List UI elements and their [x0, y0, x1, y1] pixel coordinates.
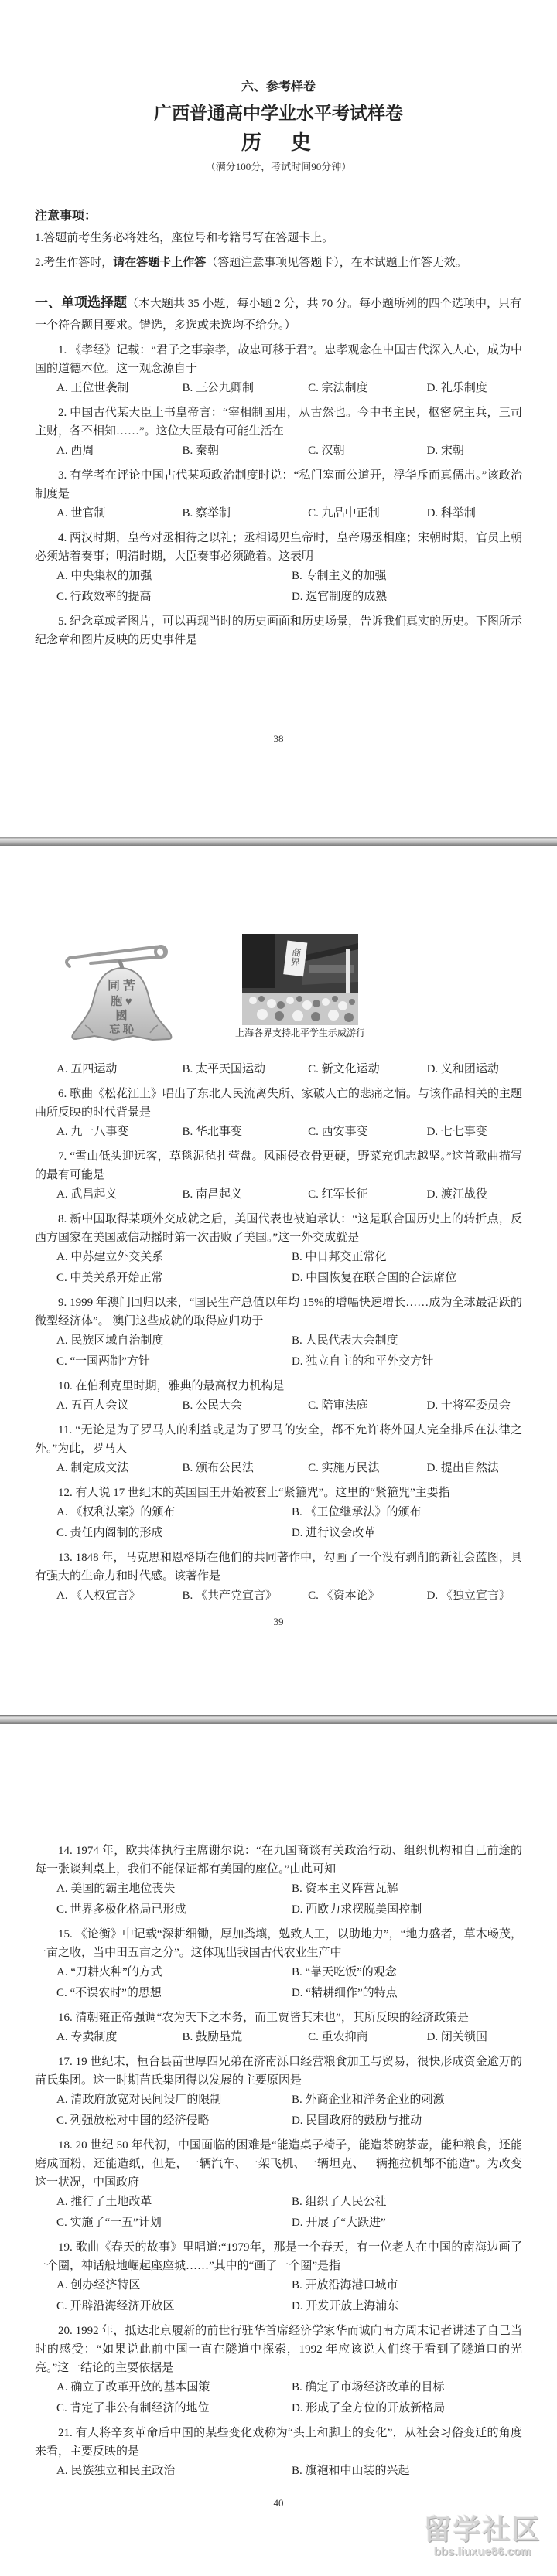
- question-stem: 4. 两汉时期，皇帝对丞相待之以礼；丞相谒见皇帝时，皇帝赐丞相座；宋朝时期，官员…: [35, 529, 522, 566]
- question-options: A. 九一八事变B. 华北事变C. 西安事变D. 七七事变: [35, 1122, 522, 1143]
- question-options: A. 推行了土地改革B. 组织了人民公社C. 实施了“一五”计划D. 开展了“大…: [35, 2192, 522, 2234]
- questions-page-3: 14. 1974 年，欧共体执行主席谢尔说：“在九国商谈有关政治行动、组织机构和…: [35, 1842, 522, 2482]
- option-A: A. 中苏建立外交关系: [56, 1247, 292, 1268]
- option-C: C. 行政效率的提高: [56, 587, 292, 608]
- option-B: B. 察举制: [183, 503, 309, 524]
- option-C: C. 陪审法庭: [308, 1395, 427, 1416]
- watermark-url: bbs.liuxue86.com: [411, 2545, 554, 2559]
- question-20: 20. 1992 年，抵达北京履新的前世行驻华首席经济学家华而诚向南方周末记者讲…: [35, 2322, 522, 2419]
- option-A: A. 创办经济特区: [56, 2275, 292, 2296]
- option-C: C. 《资本论》: [308, 1586, 427, 1607]
- question-19: 19. 歌曲《春天的故事》里唱道:“1979年，那是一个春天，有一位老人在中国的…: [35, 2238, 522, 2317]
- question-stem: 6. 歌曲《松花江上》唱出了东北人民流离失所、家破人亡的悲痛之情。与该作品相关的…: [35, 1085, 522, 1122]
- option-B: B. 资本主义阵营瓦解: [292, 1879, 522, 1900]
- question-3: 3. 有学者在评论中国古代某项政治制度时说：“私门塞而公道开，浮华斥而真儒出。”…: [35, 466, 522, 524]
- question-stem: 16. 清朝雍正帝强调“农为天下之本务，而工贾皆其末也”，其所反映的经济政策是: [35, 2009, 522, 2027]
- question-8: 8. 新中国取得某项外交成就之后，美国代表也被迫承认：“这是联合国历史上的转折点…: [35, 1210, 522, 1289]
- question-15: 15. 《论衡》中记载“深耕细锄，厚加粪壤，勉致人工，以助地力”，“地力盛者，草…: [35, 1925, 522, 2004]
- question-stem: 8. 新中国取得某项外交成就之后，美国代表也被迫承认：“这是联合国历史上的转折点…: [35, 1210, 522, 1247]
- option-B: B. 太平天国运动: [183, 1059, 309, 1080]
- option-D: D. 礼乐制度: [427, 378, 522, 399]
- option-B: B. 三公九卿制: [183, 378, 309, 399]
- option-A: A. 《人权宣言》: [56, 1586, 183, 1607]
- question-stem: 2. 中国古代某大臣上书皇帝言：“宰相制国用，从古然也。今中书主民，枢密院主兵，…: [35, 404, 522, 441]
- question-7: 7. “雪山低头迎远客，草毯泥毡扎营盘。风雨侵衣骨更硬，野菜充饥志越坚。”这首歌…: [35, 1147, 522, 1205]
- question-options: A. 制定成文法B. 颁布公民法C. 实施万民法D. 提出自然法: [35, 1458, 522, 1479]
- option-B: B. 颁布公民法: [183, 1458, 309, 1479]
- question-11: 11. “无论是为了罗马人的利益或是为了罗马的安全，都不允许将外国人完全排斥在法…: [35, 1421, 522, 1479]
- question-stem: 12. 有人说 17 世纪末的英国国王开始被套上“紧箍咒”。这里的“紧箍咒”主要…: [35, 1484, 522, 1502]
- option-D: D. 形成了全方位的开放新格局: [292, 2398, 522, 2419]
- option-A: A. 西周: [56, 441, 183, 462]
- option-A: A. 五百人会议: [56, 1395, 183, 1416]
- option-C: C. 世界多极化格局已形成: [56, 1900, 292, 1920]
- question-stem: 1. 《孝经》记载：“君子之事亲孝，故忠可移于君”。忠孝观念在中国古代深入人心，…: [35, 341, 522, 378]
- question-stem: 15. 《论衡》中记载“深耕细锄，厚加粪壤，勉致人工，以助地力”，“地力盛者，草…: [35, 1925, 522, 1962]
- option-D: D. 十将军委员会: [427, 1395, 522, 1416]
- question-options: A. 《人权宣言》B. 《共产党宣言》C. 《资本论》D. 《独立宣言》: [35, 1586, 522, 1607]
- question-options: A. 五百人会议B. 公民大会C. 陪审法庭D. 十将军委员会: [35, 1395, 522, 1416]
- question-options: A. 西周B. 秦朝C. 汉朝D. 宋朝: [35, 441, 522, 462]
- question-13: 13. 1848 年，马克思和恩格斯在他们的共同著作中，勾画了一个没有剥削的新社…: [35, 1549, 522, 1607]
- option-D: D. 义和团运动: [427, 1059, 522, 1080]
- question-17: 17. 19 世纪末，桓台县苗世厚四兄弟在济南泺口经营粮食加工与贸易，很快形成资…: [35, 2053, 522, 2131]
- option-D: D. 民国政府的鼓励与推动: [292, 2111, 522, 2131]
- option-B: B. “靠天吃饭”的观念: [292, 1962, 522, 1983]
- option-B: B. 开放沿海港口城市: [292, 2275, 522, 2296]
- question-stem: 7. “雪山低头迎远客，草毯泥毡扎营盘。风雨侵衣骨更硬，野菜充饥志越坚。”这首歌…: [35, 1147, 522, 1184]
- question-options-block: A. 五四运动B. 太平天国运动C. 新文化运动D. 义和团运动: [35, 1059, 522, 1080]
- option-C: C. 新文化运动: [308, 1059, 427, 1080]
- option-A: A. 确立了改革开放的基本国策: [56, 2377, 292, 2398]
- photo-caption: 上海各界支持北平学生示威游行: [235, 1027, 365, 1039]
- option-A: A. 五四运动: [56, 1059, 183, 1080]
- option-B: B. 确定了市场经济改革的目标: [292, 2377, 522, 2398]
- question-options: A. 民族区域自治制度B. 人民代表大会制度C. “一国两制”方针D. 独立自主…: [35, 1331, 522, 1372]
- option-C: C. 红军长征: [308, 1184, 427, 1205]
- page-number-39: 39: [0, 1616, 557, 1628]
- option-D: D. 独立自主的和平外交方针: [292, 1351, 522, 1372]
- option-D: D. 提出自然法: [427, 1458, 522, 1479]
- section-1-heading: 一、单项选择题（本大题共 35 小题，每小题 2 分，共 70 分。每小题所列的…: [35, 292, 522, 336]
- option-A: A. 美国的霸主地位丧失: [56, 1879, 292, 1900]
- option-B: B. 公民大会: [183, 1395, 309, 1416]
- notice-item-2-suffix: （答题注意事项见答题卡），在本试题上作答无效。: [206, 257, 467, 269]
- option-C: C. 责任内阁制的形成: [56, 1523, 292, 1544]
- question-stem: 19. 歌曲《春天的故事》里唱道:“1979年，那是一个春天，有一位老人在中国的…: [35, 2238, 522, 2275]
- question-1: 1. 《孝经》记载：“君子之事亲孝，故忠可移于君”。忠孝观念在中国古代深入人心，…: [35, 341, 522, 399]
- option-C: C. “一国两制”方针: [56, 1351, 292, 1372]
- question-options: A. 《权利法案》的颁布B. 《王位继承法》的颁布C. 责任内阁制的形成D. 进…: [35, 1502, 522, 1544]
- page-number-38: 38: [0, 733, 557, 745]
- question-6: 6. 歌曲《松花江上》唱出了东北人民流离失所、家破人亡的悲痛之情。与该作品相关的…: [35, 1085, 522, 1143]
- option-B: B. 《王位继承法》的颁布: [292, 1502, 522, 1523]
- option-C: C. 宗法制度: [308, 378, 427, 399]
- option-D: D. 开展了“大跃进”: [292, 2213, 522, 2234]
- option-C: C. 肯定了非公有制经济的地位: [56, 2398, 292, 2419]
- option-D: D. 七七事变: [427, 1122, 522, 1143]
- option-C: C. 汉朝: [308, 441, 427, 462]
- question-options: A. 武昌起义B. 南昌起义C. 红军长征D. 渡江战役: [35, 1184, 522, 1205]
- option-C: C. 九品中正制: [308, 503, 427, 524]
- option-C: C. 实施了“一五”计划: [56, 2213, 292, 2234]
- question-options: A. 中苏建立外交关系B. 中日邦交正常化C. 中美关系开始正常D. 中国恢复在…: [35, 1247, 522, 1289]
- option-A: A. 世官制: [56, 503, 183, 524]
- badge-text-line-3: 國: [115, 1008, 127, 1022]
- question-stem: 20. 1992 年，抵达北京履新的前世行驻华首席经济学家华而诚向南方周末记者讲…: [35, 2322, 522, 2377]
- option-C: C. 重农抑商: [308, 2027, 427, 2048]
- notice-item-1: 1.答题前考生务必将姓名，座位号和考籍号写在答题卡上。: [35, 228, 522, 249]
- demonstration-photo-image: 商界: [242, 934, 358, 1025]
- question-4: 4. 两汉时期，皇帝对丞相待之以礼；丞相谒见皇帝时，皇帝赐丞相座；宋朝时期，官员…: [35, 529, 522, 608]
- option-A: A. 清政府放宽对民间设厂的限制: [56, 2090, 292, 2111]
- question-options: A. 清政府放宽对民间设厂的限制B. 外商企业和洋务企业的刺激C. 列强放松对中…: [35, 2090, 522, 2131]
- option-B: B. 中日邦交正常化: [292, 1247, 522, 1268]
- option-C: C. 实施万民法: [308, 1458, 427, 1479]
- exam-page-3: 14. 1974 年，欧共体执行主席谢尔说：“在九国商谈有关政治行动、组织机构和…: [0, 1724, 557, 2576]
- notice-item-2-bold: 请在答题卡上作答: [113, 256, 206, 269]
- photo-flag-banner: [346, 949, 350, 996]
- option-B: B. 专制主义的加强: [292, 566, 522, 587]
- option-B: B. 《共产党宣言》: [183, 1586, 309, 1607]
- option-A: A. 九一八事变: [56, 1122, 183, 1143]
- badge-text-line-1: 同 苦: [108, 979, 135, 993]
- question-2: 2. 中国古代某大臣上书皇帝言：“宰相制国用，从古然也。今中书主民，枢密院主兵，…: [35, 404, 522, 462]
- question-options: A. 确立了改革开放的基本国策B. 确定了市场经济改革的目标C. 肯定了非公有制…: [35, 2377, 522, 2419]
- question-stem: 3. 有学者在评论中国古代某项政治制度时说：“私门塞而公道开，浮华斥而真儒出。”…: [35, 466, 522, 503]
- question-stem: 21. 有人将辛亥革命后中国的某些变化戏称为“头上和脚上的变化”，从社会习俗变迁…: [35, 2424, 522, 2461]
- question-options: A. 美国的霸主地位丧失B. 资本主义阵营瓦解C. 世界多极化格局已形成D. 西…: [35, 1879, 522, 1920]
- questions-page-2: A. 五四运动B. 太平天国运动C. 新文化运动D. 义和团运动6. 歌曲《松花…: [35, 1059, 522, 1607]
- option-A: A. 《权利法案》的颁布: [56, 1502, 292, 1523]
- notice-item-2: 2.考生作答时，请在答题卡上作答（答题注意事项见答题卡），在本试题上作答无效。: [35, 252, 522, 274]
- option-C: C. “不误农时”的思想: [56, 1983, 292, 2004]
- option-B: B. 秦朝: [183, 441, 309, 462]
- question-5-figures: 同 苦 胞 ♥ 國 忘 恥 商界: [0, 846, 557, 1050]
- question-options: A. 中央集权的加强B. 专制主义的加强C. 行政效率的提高D. 选官制度的成熟: [35, 566, 522, 608]
- option-A: A. 专卖制度: [56, 2027, 183, 2048]
- page-divider-1: [0, 837, 557, 846]
- option-B: B. 旗袍和中山装的兴起: [292, 2461, 522, 2482]
- question-stem: 5. 纪念章或者图片，可以再现当时的历史画面和历史场景，告诉我们真实的历史。下图…: [35, 612, 522, 649]
- option-D: D. 西欧力求摆脱美国控制: [292, 1900, 522, 1920]
- option-D: D. 科举制: [427, 503, 522, 524]
- option-C: C. 开辟沿海经济开放区: [56, 2296, 292, 2317]
- demonstration-photo-figure: 商界 上海各界支持北平学生示威游行: [235, 934, 365, 1039]
- option-D: D. “精耕细作”的特点: [292, 1983, 522, 2004]
- question-options: A. 专卖制度B. 鼓励垦荒C. 重农抑商D. 闭关锁国: [35, 2027, 522, 2048]
- option-A: A. 制定成文法: [56, 1458, 183, 1479]
- option-A: A. 王位世袭制: [56, 378, 183, 399]
- option-D: D. 选官制度的成熟: [292, 587, 522, 608]
- option-D: D. 宋朝: [427, 441, 522, 462]
- option-D: D. 闭关锁国: [427, 2027, 522, 2048]
- option-D: D. 《独立宣言》: [427, 1586, 522, 1607]
- memorial-badge-figure: 同 苦 胞 ♥ 國 忘 恥: [48, 934, 195, 1050]
- question-options: A. 民族独立和民主政治B. 旗袍和中山装的兴起: [35, 2461, 522, 2482]
- option-D: D. 开发开放上海浦东: [292, 2296, 522, 2317]
- question-stem: 18. 20 世纪 50 年代初，中国面临的困难是“能造桌子椅子，能造茶碗茶壶，…: [35, 2136, 522, 2192]
- question-9: 9. 1999 年澳门回归以来，“国民生产总值以年均 15%的增幅快速增长……成…: [35, 1293, 522, 1372]
- questions-page-1: 1. 《孝经》记载：“君子之事亲孝，故忠可移于君”。忠孝观念在中国古代深入人心，…: [35, 341, 522, 649]
- option-A: A. “刀耕火种”的方式: [56, 1962, 292, 1983]
- option-B: B. 鼓励垦荒: [183, 2027, 309, 2048]
- question-18: 18. 20 世纪 50 年代初，中国面临的困难是“能造桌子椅子，能造茶碗茶壶，…: [35, 2136, 522, 2234]
- bell-badge-image: 同 苦 胞 ♥ 國 忘 恥: [48, 934, 195, 1050]
- section-1-title: 一、单项选择题: [35, 295, 127, 310]
- option-D: D. 进行议会改革: [292, 1523, 522, 1544]
- question-options: A. 创办经济特区B. 开放沿海港口城市C. 开辟沿海经济开放区D. 开发开放上…: [35, 2275, 522, 2317]
- badge-text-line-4: 忘 恥: [109, 1023, 134, 1036]
- option-A: A. 民族独立和民主政治: [56, 2461, 292, 2482]
- question-stem: 9. 1999 年澳门回归以来，“国民生产总值以年均 15%的增幅快速增长……成…: [35, 1293, 522, 1331]
- option-A: A. 武昌起义: [56, 1184, 183, 1205]
- option-D: D. 中国恢复在联合国的合法席位: [292, 1268, 522, 1289]
- option-A: A. 中央集权的加强: [56, 566, 292, 587]
- option-B: B. 南昌起义: [183, 1184, 309, 1205]
- option-A: A. 推行了土地改革: [56, 2192, 292, 2213]
- question-stem: 14. 1974 年，欧共体执行主席谢尔说：“在九国商谈有关政治行动、组织机构和…: [35, 1842, 522, 1879]
- question-options: A. 五四运动B. 太平天国运动C. 新文化运动D. 义和团运动: [35, 1059, 522, 1080]
- exam-page-1: 六、参考样卷 广西普通高中学业水平考试样卷 历 史 （满分100分，考试时间90…: [0, 0, 557, 837]
- exam-page-2: 同 苦 胞 ♥ 國 忘 恥 商界: [0, 846, 557, 1715]
- question-options: A. “刀耕火种”的方式B. “靠天吃饭”的观念C. “不误农时”的思想D. “…: [35, 1962, 522, 2004]
- option-C: C. 列强放松对中国的经济侵略: [56, 2111, 292, 2131]
- option-B: B. 人民代表大会制度: [292, 1331, 522, 1351]
- photo-shadow-area: [242, 934, 275, 988]
- question-14: 14. 1974 年，欧共体执行主席谢尔说：“在九国商谈有关政治行动、组织机构和…: [35, 1842, 522, 1920]
- page-number-40: 40: [0, 2497, 557, 2510]
- watermark-title: 留学社区: [411, 2514, 554, 2545]
- subject-title: 历 史: [35, 129, 522, 155]
- question-12: 12. 有人说 17 世纪末的英国国王开始被套上“紧箍咒”。这里的“紧箍咒”主要…: [35, 1484, 522, 1544]
- question-10: 10. 在伯利克里时期，雅典的最高权力机构是A. 五百人会议B. 公民大会C. …: [35, 1377, 522, 1416]
- question-options: A. 世官制B. 察举制C. 九品中正制D. 科举制: [35, 503, 522, 524]
- photo-banner-group: 商界: [283, 940, 307, 976]
- badge-text-line-2: 胞 ♥: [111, 994, 132, 1008]
- option-D: D. 渡江战役: [427, 1184, 522, 1205]
- section-label: 六、参考样卷: [35, 0, 522, 95]
- question-21: 21. 有人将辛亥革命后中国的某些变化戏称为“头上和脚上的变化”，从社会习俗变迁…: [35, 2424, 522, 2482]
- question-stem: 17. 19 世纪末，桓台县苗世厚四兄弟在济南泺口经营粮食加工与贸易，很快形成资…: [35, 2053, 522, 2090]
- question-stem: 10. 在伯利克里时期，雅典的最高权力机构是: [35, 1377, 522, 1395]
- exam-title: 广西普通高中学业水平考试样卷: [35, 101, 522, 124]
- option-B: B. 华北事变: [183, 1122, 309, 1143]
- badge-pin: [67, 947, 165, 966]
- site-watermark: 留学社区 bbs.liuxue86.com: [411, 2514, 554, 2559]
- question-stem: 13. 1848 年，马克思和恩格斯在他们的共同著作中，勾画了一个没有剥削的新社…: [35, 1549, 522, 1586]
- notice-item-2-prefix: 2.考生作答时，: [35, 257, 113, 269]
- notice-title: 注意事项：: [35, 208, 522, 225]
- question-stem: 11. “无论是为了罗马人的利益或是为了罗马的安全，都不允许将外国人完全排斥在法…: [35, 1421, 522, 1458]
- page-divider-2: [0, 1715, 557, 1724]
- option-C: C. 西安事变: [308, 1122, 427, 1143]
- option-B: B. 组织了人民公社: [292, 2192, 522, 2213]
- question-options: A. 王位世袭制B. 三公九卿制C. 宗法制度D. 礼乐制度: [35, 378, 522, 399]
- question-5: 5. 纪念章或者图片，可以再现当时的历史画面和历史场景，告诉我们真实的历史。下图…: [35, 612, 522, 649]
- exam-info: （满分100分，考试时间90分钟）: [35, 160, 522, 174]
- question-16: 16. 清朝雍正帝强调“农为天下之本务，而工贾皆其末也”，其所反映的经济政策是A…: [35, 2009, 522, 2048]
- option-B: B. 外商企业和洋务企业的刺激: [292, 2090, 522, 2111]
- option-A: A. 民族区域自治制度: [56, 1331, 292, 1351]
- option-C: C. 中美关系开始正常: [56, 1268, 292, 1289]
